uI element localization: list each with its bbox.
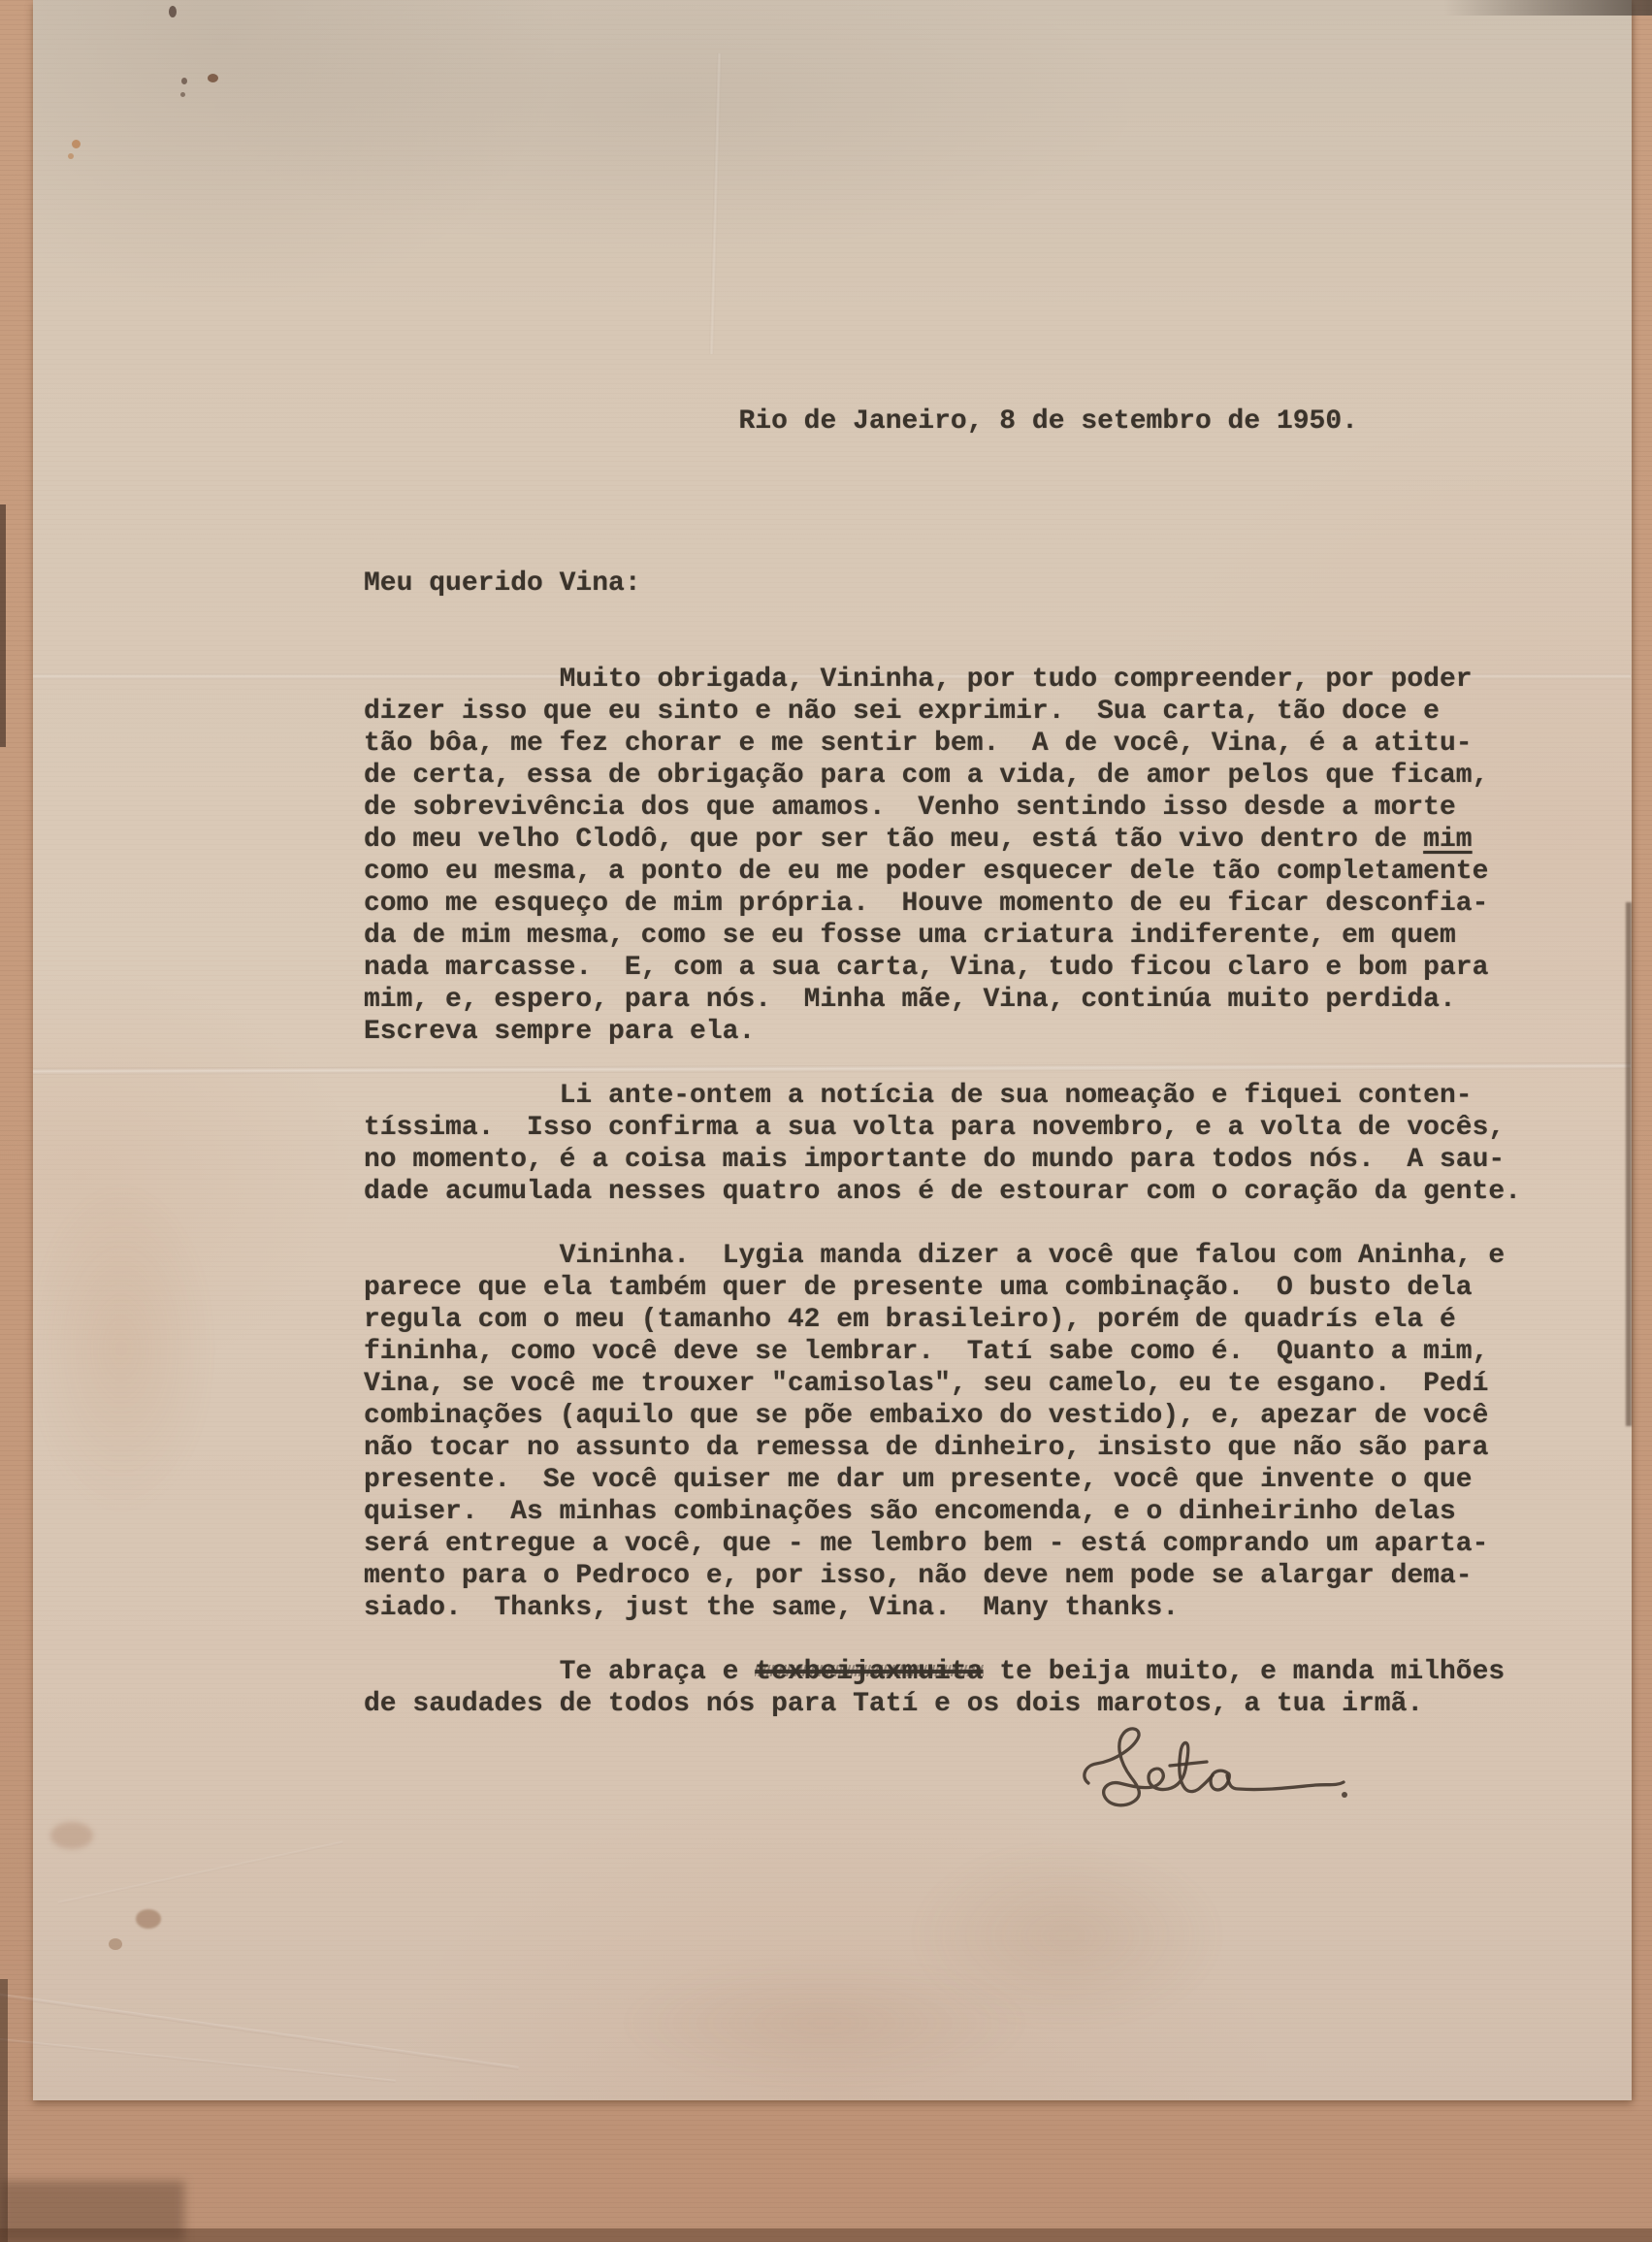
paragraph-3: Vininha. Lygia manda dizer a você que fa…	[364, 1240, 1518, 1624]
letter-line: de certa, essa de obrigação para com a v…	[364, 760, 1518, 792]
letter-line: regula com o meu (tamanho 42 em brasilei…	[364, 1304, 1518, 1336]
underlined-word: mim	[1423, 825, 1472, 855]
letter-line: presente. Se você quiser me dar um prese…	[364, 1464, 1518, 1496]
date-line: Rio de Janeiro, 8 de setembro de 1950.	[364, 406, 1518, 438]
scan-edge-shadow	[0, 504, 6, 747]
mat-corner-shadow	[0, 2181, 184, 2242]
letter-line: tão bôa, me fez chorar e me sentir bem. …	[364, 728, 1518, 760]
letter-line: quiser. As minhas combinações são encome…	[364, 1496, 1518, 1528]
letter-line: fininha, como você deve se lembrar. Tatí…	[364, 1336, 1518, 1368]
letter-line: tíssima. Isso confirma a sua volta para …	[364, 1112, 1518, 1144]
signature-period-dot	[1342, 1792, 1347, 1798]
letter-line: mim, e, espero, para nós. Minha mãe, Vin…	[364, 984, 1518, 1016]
signature-t-crossbar	[1170, 1762, 1207, 1766]
letter-line: combinações (aquilo que se põe embaixo d…	[364, 1400, 1518, 1432]
letter-line: Vininha. Lygia manda dizer a você que fa…	[364, 1240, 1518, 1272]
letter-line: da de mim mesma, como se eu fosse uma cr…	[364, 920, 1518, 952]
salutation: Meu querido Vina:	[364, 568, 1518, 600]
letter-line: siado. Thanks, just the same, Vina. Many…	[364, 1592, 1518, 1624]
closing-line-2: de saudades de todos nós para Tatí e os …	[364, 1688, 1518, 1720]
letter-line-text: do meu velho Clodô, que por ser tão meu,…	[364, 825, 1423, 855]
letter-line: dade acumulada nesses quatro anos é de e…	[364, 1176, 1518, 1208]
letter-line: será entregue a você, que - me lembro be…	[364, 1528, 1518, 1560]
letter-line: Vina, se você me trouxer "camisolas", se…	[364, 1368, 1518, 1400]
letter-line: Muito obrigada, Vininha, por tudo compre…	[364, 664, 1518, 696]
letter-line: parece que ela também quer de presente u…	[364, 1272, 1518, 1304]
struck-text: texbeijaxmuita	[755, 1657, 983, 1687]
letter-line: de sobrevivência dos que amamos. Venho s…	[364, 792, 1518, 824]
mat-bottom-shadow	[0, 2228, 1652, 2242]
letter-line: como me esqueço de mim própria. Houve mo…	[364, 888, 1518, 920]
signature-leta	[1065, 1727, 1356, 1824]
letter-line: no momento, é a coisa mais importante do…	[364, 1144, 1518, 1176]
letter-line: mento para o Pedroco e, por isso, não de…	[364, 1560, 1518, 1592]
letter-line: nada marcasse. E, com a sua carta, Vina,…	[364, 952, 1518, 984]
signature-stroke	[1085, 1729, 1213, 1805]
closing-line-1: Te abraça e texbeijaxmuita te beija muit…	[364, 1656, 1518, 1688]
paragraph-1: Muito obrigada, Vininha, por tudo compre…	[364, 664, 1518, 1048]
closing-text-post: te beija muito, e manda milhões	[984, 1657, 1506, 1687]
scan-edge-shadow	[0, 1979, 8, 2242]
closing-text-pre: Te abraça e	[364, 1657, 755, 1687]
paragraph-2: Li ante-ontem a notícia de sua nomeação …	[364, 1080, 1518, 1208]
paragraph-closing: Te abraça e texbeijaxmuita te beija muit…	[364, 1656, 1518, 1720]
letter-line: Escreva sempre para ela.	[364, 1016, 1518, 1048]
letter-line: não tocar no assunto da remessa de dinhe…	[364, 1432, 1518, 1464]
letter-line: do meu velho Clodô, que por ser tão meu,…	[364, 824, 1518, 856]
letter-line: como eu mesma, a ponto de eu me poder es…	[364, 856, 1518, 888]
signature-flourish	[1227, 1775, 1344, 1790]
signature-a-bowl	[1211, 1771, 1229, 1790]
letter-content: Rio de Janeiro, 8 de setembro de 1950. M…	[364, 406, 1518, 1720]
letter-line: dizer isso que eu sinto e não sei exprim…	[364, 696, 1518, 728]
letter-line: Li ante-ontem a notícia de sua nomeação …	[364, 1080, 1518, 1112]
